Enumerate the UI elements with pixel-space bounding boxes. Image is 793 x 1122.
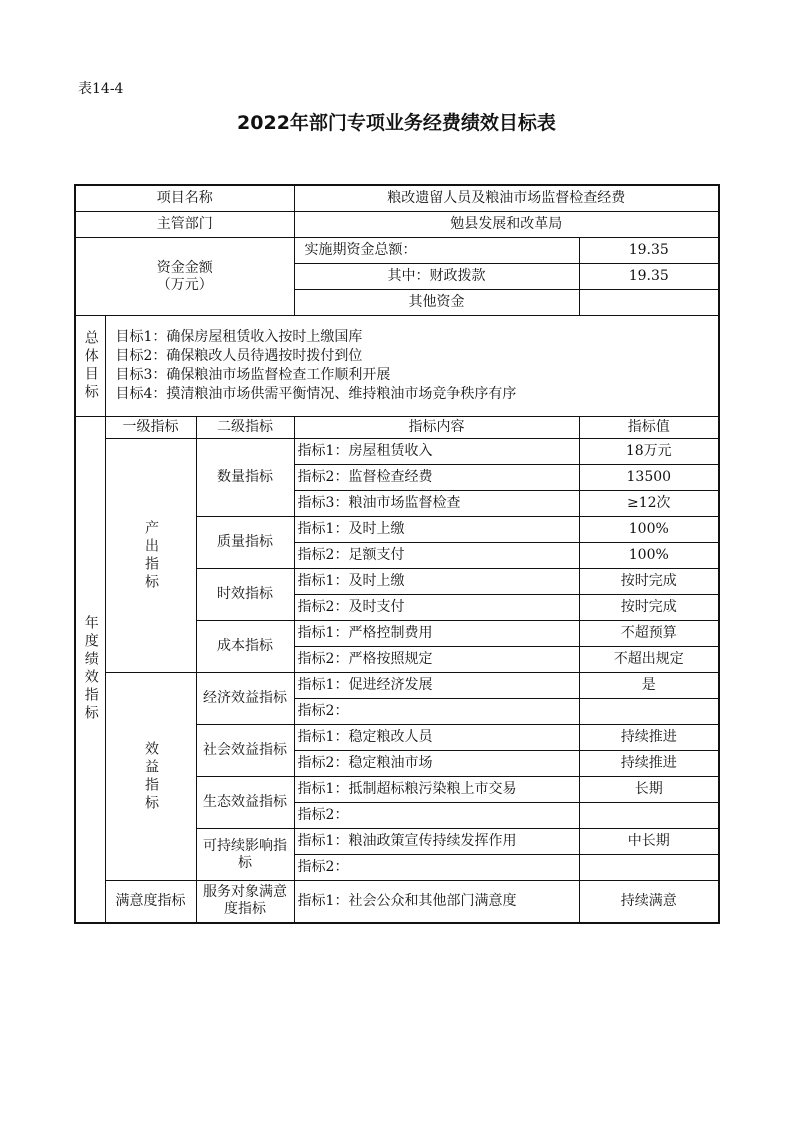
indicator-value: 持续满意 [579, 881, 719, 923]
indicator-value [579, 699, 719, 725]
funds-other [579, 290, 719, 316]
project-name-label: 项目名称 [75, 185, 294, 212]
indicator-content: 指标2：监督检查经费 [294, 465, 579, 491]
indicator-content: 指标1：抵制超标粮污染粮上市交易 [294, 777, 579, 803]
indicator-value: 持续推进 [579, 751, 719, 777]
table-row: 项目名称 粮改遗留人员及粮油市场监督检查经费 [75, 185, 719, 212]
funds-fiscal-label: 其中：财政拨款 [294, 264, 579, 290]
indicator-value: ≥12次 [579, 491, 719, 517]
dept-value: 勉县发展和改革局 [294, 212, 719, 238]
indicator-content: 指标2：及时支付 [294, 595, 579, 621]
indicator-value [579, 855, 719, 881]
header-level1: 一级指标 [105, 417, 196, 439]
indicator-content: 指标1：严格控制费用 [294, 621, 579, 647]
group-social: 社会效益指标 [196, 725, 294, 777]
indicator-value [579, 803, 719, 829]
output-indicators-label: 产出指标 [105, 439, 196, 673]
goal-item: 目标3：确保粮油市场监督检查工作顺利开展 [116, 366, 709, 385]
table-row: 效益指标 经济效益指标 指标1：促进经济发展是 [75, 673, 719, 699]
funds-fiscal: 19.35 [579, 264, 719, 290]
funds-unit: （万元） [157, 277, 213, 293]
goal-item: 目标1：确保房屋租赁收入按时上缴国库 [116, 328, 709, 347]
indicator-content: 指标2：稳定粮油市场 [294, 751, 579, 777]
group-cost: 成本指标 [196, 621, 294, 673]
table-row: 总体目标 目标1：确保房屋租赁收入按时上缴国库 目标2：确保粮改人员待遇按时拨付… [75, 316, 719, 417]
table-number: 表14-4 [78, 78, 123, 98]
indicator-value: 100% [579, 517, 719, 543]
funds-total: 19.35 [579, 238, 719, 264]
table-row: 年度绩效指标 一级指标 二级指标 指标内容 指标值 [75, 417, 719, 439]
indicator-value: 长期 [579, 777, 719, 803]
project-name: 粮改遗留人员及粮油市场监督检查经费 [294, 185, 719, 212]
indicator-value: 持续推进 [579, 725, 719, 751]
indicator-value: 不超预算 [579, 621, 719, 647]
group-economic: 经济效益指标 [196, 673, 294, 725]
goal-item: 目标2：确保粮改人员待遇按时拨付到位 [116, 347, 709, 366]
indicator-value: 不超出规定 [579, 647, 719, 673]
indicator-content: 指标2： [294, 803, 579, 829]
indicator-value: 按时完成 [579, 595, 719, 621]
indicator-content: 指标2： [294, 699, 579, 725]
benefit-indicators-label: 效益指标 [105, 673, 196, 881]
table-row: 主管部门 勉县发展和改革局 [75, 212, 719, 238]
annual-indicators-label: 年度绩效指标 [75, 417, 105, 923]
indicator-content: 指标3：粮油市场监督检查 [294, 491, 579, 517]
indicator-value: 18万元 [579, 439, 719, 465]
dept-label: 主管部门 [75, 212, 294, 238]
indicator-value: 中长期 [579, 829, 719, 855]
indicator-content: 指标1：及时上缴 [294, 569, 579, 595]
indicator-content: 指标1：及时上缴 [294, 517, 579, 543]
header-content: 指标内容 [294, 417, 579, 439]
group-timeliness: 时效指标 [196, 569, 294, 621]
indicator-content: 指标1：稳定粮改人员 [294, 725, 579, 751]
indicator-value: 13500 [579, 465, 719, 491]
table-row: 满意度指标 服务对象满意度指标 指标1：社会公众和其他部门满意度持续满意 [75, 881, 719, 923]
goals-label: 总体目标 [75, 316, 105, 417]
group-service: 服务对象满意度指标 [196, 881, 294, 923]
indicator-value: 按时完成 [579, 569, 719, 595]
indicator-content: 指标2： [294, 855, 579, 881]
group-eco: 生态效益指标 [196, 777, 294, 829]
funds-total-label: 实施期资金总额： [294, 238, 579, 264]
performance-table: 项目名称 粮改遗留人员及粮油市场监督检查经费 主管部门 勉县发展和改革局 资金金… [74, 184, 720, 924]
page-title: 2022年部门专项业务经费绩效目标表 [0, 108, 793, 135]
indicator-content: 指标1：房屋租赁收入 [294, 439, 579, 465]
table-row: 产出指标 数量指标 指标1：房屋租赁收入 18万元 [75, 439, 719, 465]
indicator-content: 指标2：足额支付 [294, 543, 579, 569]
funds-other-label: 其他资金 [294, 290, 579, 316]
header-level2: 二级指标 [196, 417, 294, 439]
group-sustain: 可持续影响指标 [196, 829, 294, 881]
indicator-value: 100% [579, 543, 719, 569]
indicator-content: 指标1：社会公众和其他部门满意度 [294, 881, 579, 923]
indicator-content: 指标1：粮油政策宣传持续发挥作用 [294, 829, 579, 855]
satisfaction-indicators-label: 满意度指标 [105, 881, 196, 923]
group-quality: 质量指标 [196, 517, 294, 569]
funds-label-text: 资金金额 [157, 260, 213, 276]
group-quantity: 数量指标 [196, 439, 294, 517]
funds-label: 资金金额（万元） [75, 238, 294, 316]
indicator-content: 指标2：严格按照规定 [294, 647, 579, 673]
indicator-content: 指标1：促进经济发展 [294, 673, 579, 699]
goals-list: 目标1：确保房屋租赁收入按时上缴国库 目标2：确保粮改人员待遇按时拨付到位 目标… [105, 316, 719, 417]
table-row: 资金金额（万元） 实施期资金总额： 19.35 [75, 238, 719, 264]
header-value: 指标值 [579, 417, 719, 439]
goal-item: 目标4：摸清粮油市场供需平衡情况、维持粮油市场竞争秩序有序 [116, 385, 709, 404]
indicator-value: 是 [579, 673, 719, 699]
